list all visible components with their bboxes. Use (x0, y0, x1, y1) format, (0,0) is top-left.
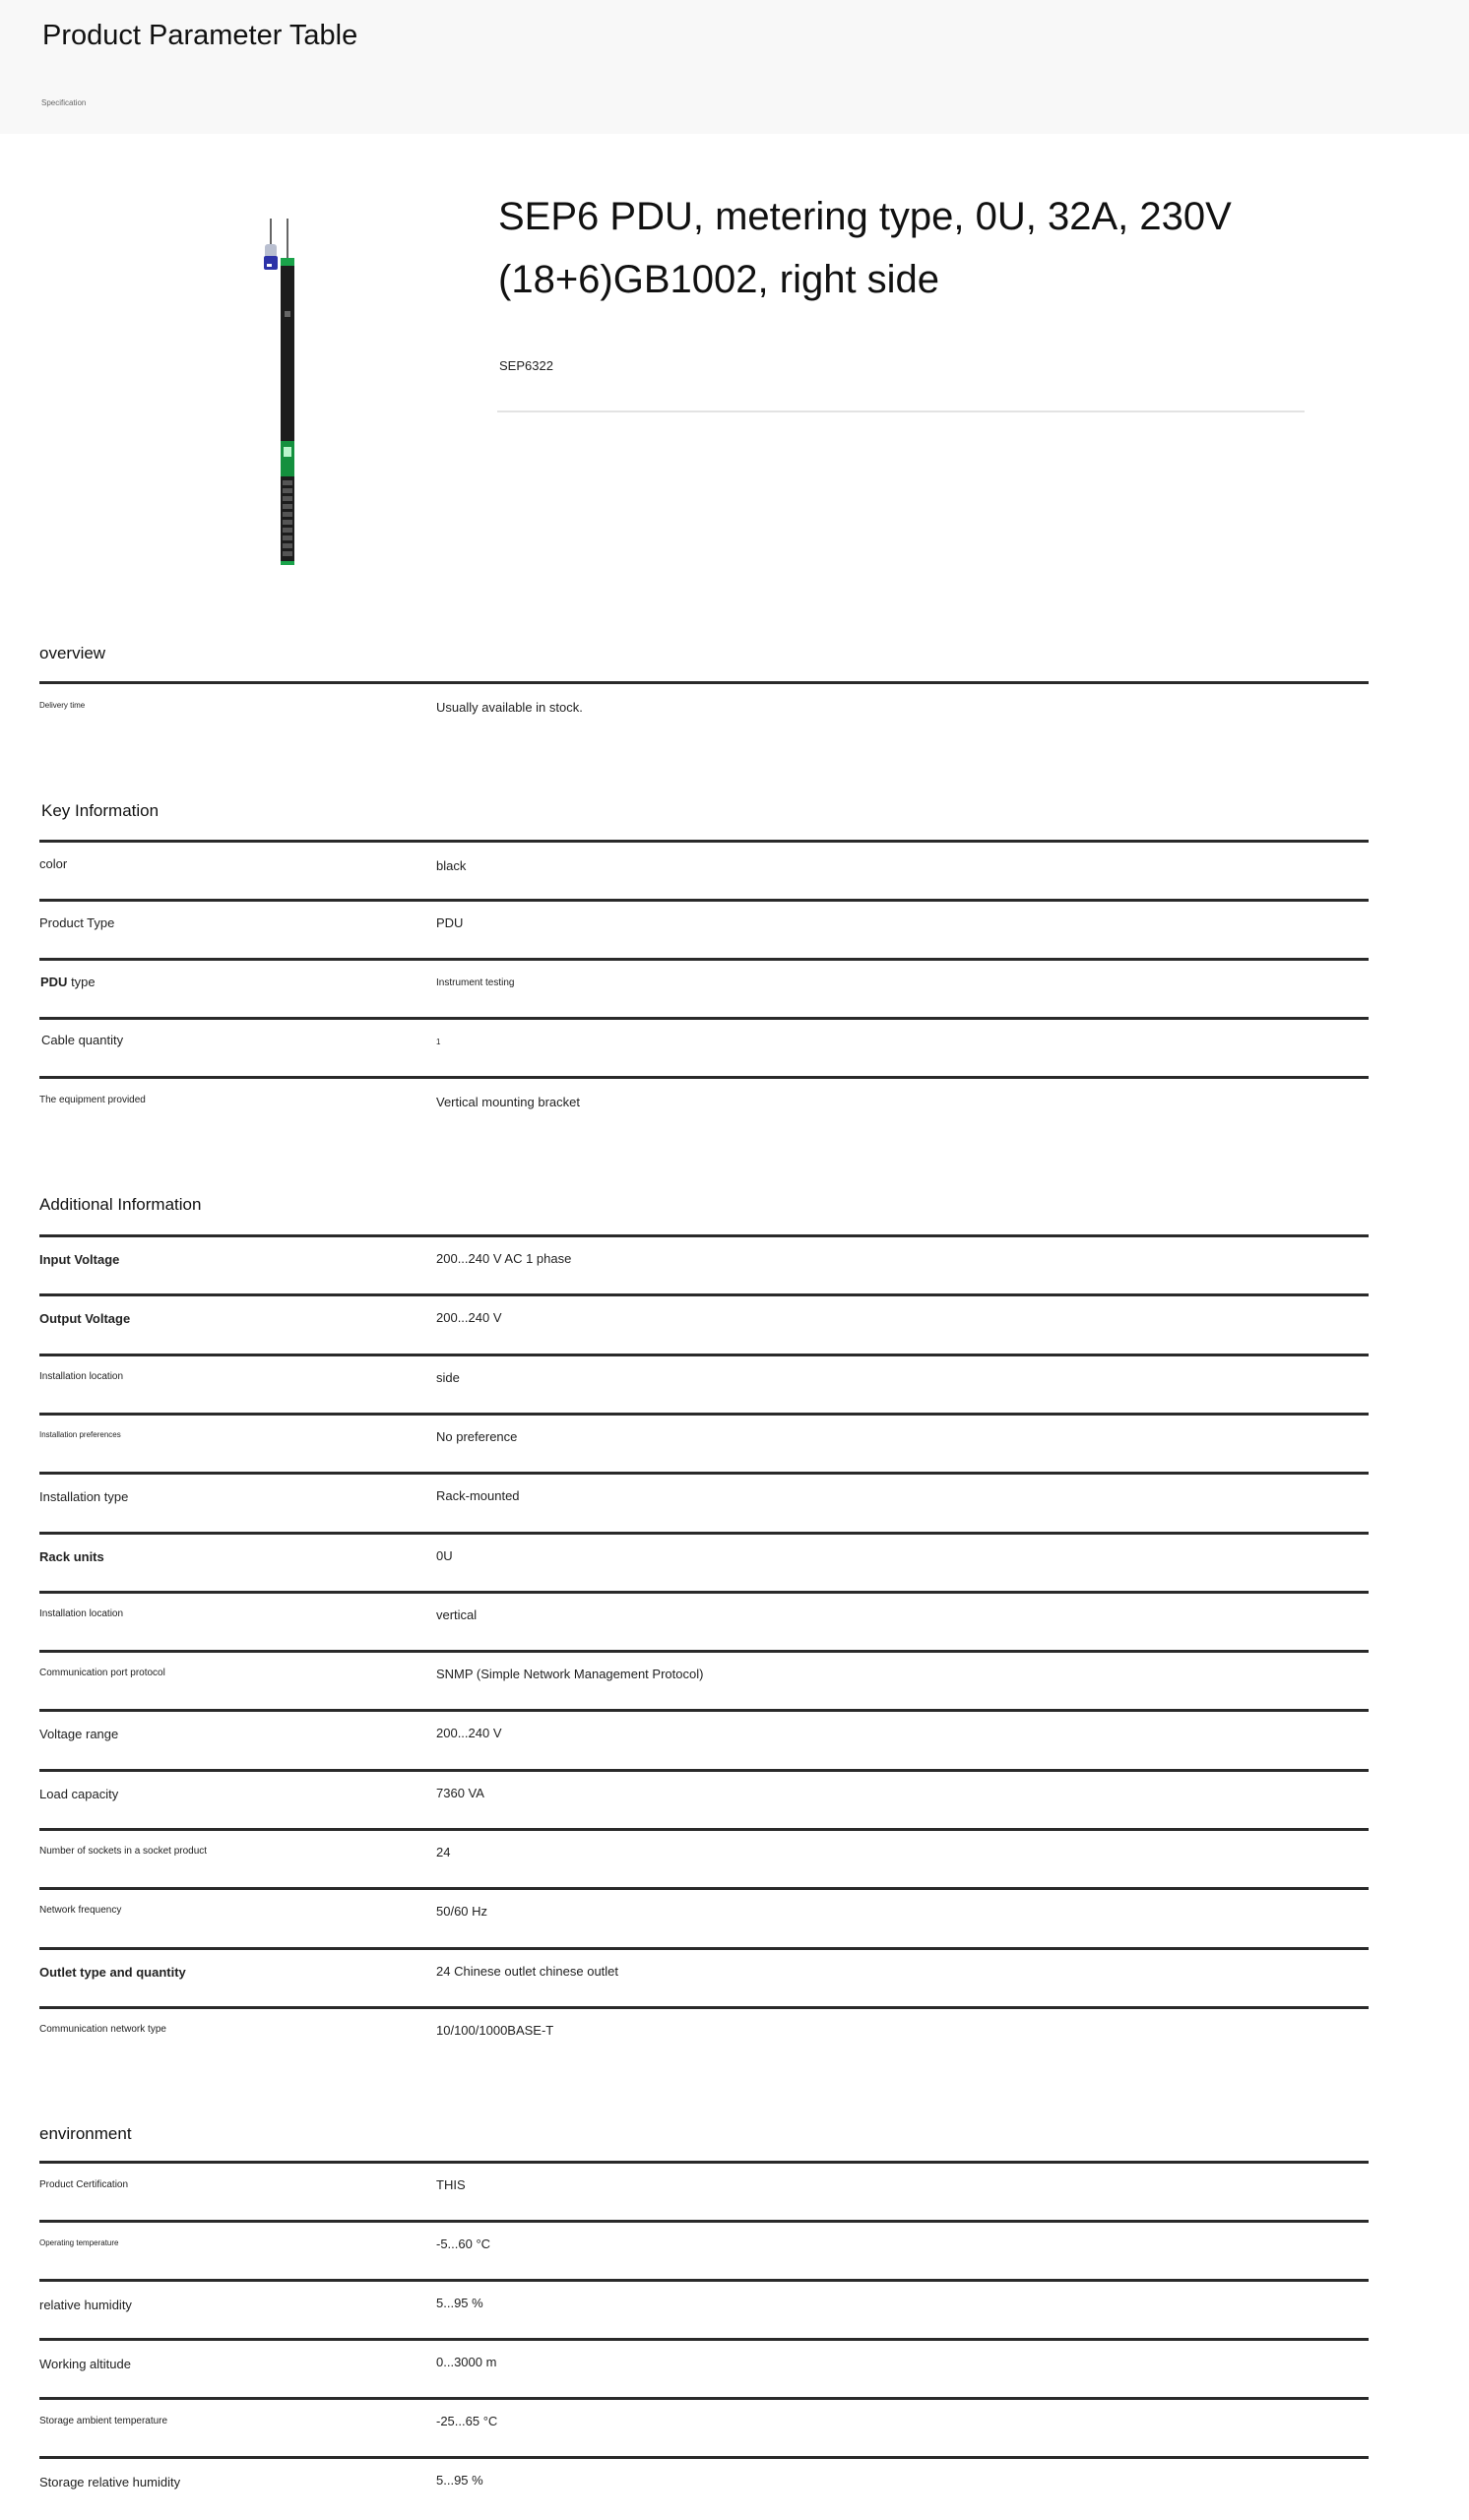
product-divider (497, 410, 1305, 412)
divider (39, 1591, 1369, 1594)
section-title-environment: environment (39, 2124, 132, 2144)
section-title-key-information: Key Information (41, 801, 159, 821)
divider (39, 1828, 1369, 1831)
spec-label: Number of sockets in a socket product (39, 1846, 207, 1857)
divider (39, 1947, 1369, 1950)
spec-value: 5...95 % (436, 2473, 483, 2488)
spec-label: Storage relative humidity (39, 2475, 180, 2489)
spec-value: vertical (436, 1607, 477, 1622)
divider (39, 2397, 1369, 2400)
spec-value: -25...65 °C (436, 2414, 497, 2428)
spec-value: side (436, 1370, 460, 1385)
page-title: Product Parameter Table (42, 20, 357, 52)
divider (39, 1413, 1369, 1416)
spec-value: 10/100/1000BASE-T (436, 2023, 553, 2038)
spec-value: 200...240 V (436, 1310, 502, 1325)
divider (39, 958, 1369, 961)
spec-value: black (436, 858, 466, 873)
spec-label: Product Certification (39, 2179, 128, 2190)
divider (39, 840, 1369, 843)
spec-value: -5...60 °C (436, 2236, 490, 2251)
spec-label: Load capacity (39, 1787, 118, 1801)
divider (39, 2161, 1369, 2164)
spec-label: Delivery time (39, 701, 85, 710)
divider (39, 1076, 1369, 1079)
page-subtitle: Specification (41, 98, 86, 107)
spec-label: Installation location (39, 1371, 123, 1382)
divider (39, 1887, 1369, 1890)
spec-label-bold: PDU (40, 975, 67, 989)
section-title-additional-information: Additional Information (39, 1195, 201, 1215)
spec-label: Communication port protocol (39, 1668, 165, 1678)
divider (39, 1293, 1369, 1296)
divider (39, 1709, 1369, 1712)
spec-label: color (39, 856, 67, 871)
spec-label: Outlet type and quantity (39, 1965, 186, 1980)
spec-value: THIS (436, 2177, 466, 2192)
divider (39, 1769, 1369, 1772)
spec-value: 24 Chinese outlet chinese outlet (436, 1964, 618, 1979)
divider (39, 1354, 1369, 1356)
product-sku: SEP6322 (499, 358, 553, 373)
spec-value: No preference (436, 1429, 517, 1444)
spec-value: Vertical mounting bracket (436, 1095, 580, 1109)
spec-value: SNMP (Simple Network Management Protocol… (436, 1667, 703, 1681)
product-title: SEP6 PDU, metering type, 0U, 32A, 230V (… (498, 185, 1306, 311)
divider (39, 1234, 1369, 1237)
spec-label: Operating temperature (39, 2238, 119, 2247)
spec-label: relative humidity (39, 2298, 132, 2312)
spec-value: Instrument testing (436, 977, 514, 988)
divider (39, 2006, 1369, 2009)
divider (39, 1472, 1369, 1475)
spec-label: Installation location (39, 1608, 123, 1619)
spec-value: 0U (436, 1548, 453, 1563)
spec-label: Communication network type (39, 2024, 166, 2035)
spec-value: 7360 VA (436, 1786, 484, 1800)
divider (39, 2338, 1369, 2341)
spec-label: Rack units (39, 1549, 104, 1564)
divider (39, 1650, 1369, 1653)
spec-label: Voltage range (39, 1727, 118, 1741)
spec-value: 200...240 V (436, 1726, 502, 1740)
spec-value: 200...240 V AC 1 phase (436, 1251, 571, 1266)
divider (39, 899, 1369, 902)
spec-label: Output Voltage (39, 1311, 130, 1326)
spec-label: Input Voltage (39, 1252, 119, 1267)
spec-label: The equipment provided (39, 1095, 146, 1105)
spec-value: 5...95 % (436, 2296, 483, 2310)
spec-label: Installation preferences (39, 1430, 121, 1439)
spec-label-rest: type (67, 975, 95, 989)
divider (39, 2279, 1369, 2282)
spec-label: Working altitude (39, 2357, 131, 2371)
spec-label: Network frequency (39, 1905, 121, 1916)
divider (39, 2456, 1369, 2459)
divider (39, 2220, 1369, 2223)
spec-label: Installation type (39, 1489, 128, 1504)
spec-value: 0...3000 m (436, 2355, 496, 2369)
pdu-product-image (258, 219, 307, 568)
spec-value: Usually available in stock. (436, 700, 583, 715)
spec-value: Rack-mounted (436, 1488, 520, 1503)
spec-label: PDU type (40, 975, 96, 989)
spec-value: 1 (436, 1038, 440, 1046)
spec-label: Cable quantity (41, 1033, 123, 1047)
divider (39, 1017, 1369, 1020)
spec-value: PDU (436, 915, 463, 930)
page-header: Product Parameter Table Specification (0, 0, 1469, 134)
spec-label: Product Type (39, 915, 114, 930)
divider (39, 681, 1369, 684)
spec-label: Storage ambient temperature (39, 2416, 167, 2426)
divider (39, 1532, 1369, 1535)
section-title-overview: overview (39, 644, 105, 663)
spec-value: 24 (436, 1845, 450, 1859)
spec-value: 50/60 Hz (436, 1904, 487, 1919)
